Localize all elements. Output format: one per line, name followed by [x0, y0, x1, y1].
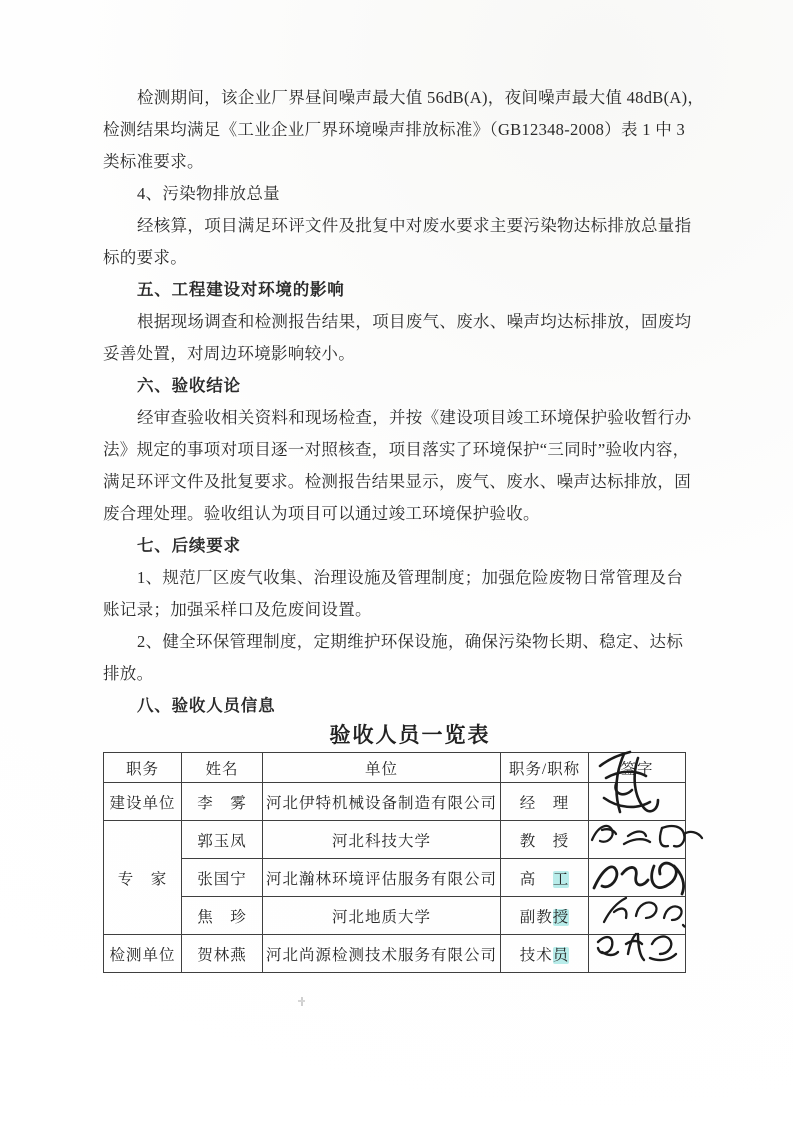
- title-cell: 副教授: [501, 897, 589, 935]
- table-header-row: 职务 姓名 单位 职务/职称 签字: [104, 753, 686, 783]
- name-cell: 郭玉凤: [182, 821, 263, 859]
- section-heading: 七、后续要求: [103, 530, 699, 562]
- table-row: 专 家 郭玉凤 河北科技大学 教 授: [104, 821, 686, 859]
- document-body: 检测期间，该企业厂界昼间噪声最大值 56dB(A)，夜间噪声最大值 48dB(A…: [103, 82, 699, 973]
- body-text-line: 标的要求。: [103, 242, 699, 274]
- personnel-table: 职务 姓名 单位 职务/职称 签字 建设单位 李 雾 河北伊特机械设备制造有限公…: [103, 752, 686, 973]
- role-cell: 建设单位: [104, 783, 182, 821]
- unit-cell: 河北伊特机械设备制造有限公司: [263, 783, 501, 821]
- title-highlighted-text: 授: [553, 909, 570, 926]
- title-cell: 教 授: [501, 821, 589, 859]
- scan-speck: [301, 997, 303, 1006]
- body-text-line: 类标准要求。: [103, 146, 699, 178]
- body-text-line: 2、健全环保管理制度，定期维护环保设施，确保污染物长期、稳定、达标: [103, 626, 699, 658]
- name-cell: 李 雾: [182, 783, 263, 821]
- table-row: 建设单位 李 雾 河北伊特机械设备制造有限公司 经 理: [104, 783, 686, 821]
- table-row: 焦 珍 河北地质大学 副教授: [104, 897, 686, 935]
- role-cell: 检测单位: [104, 935, 182, 973]
- title-cell: 高 工: [501, 859, 589, 897]
- body-text-line: 排放。: [103, 658, 699, 690]
- body-text-line: 经核算，项目满足环评文件及批复中对废水要求主要污染物达标排放总量指: [103, 210, 699, 242]
- title-text: 副教: [520, 909, 553, 926]
- unit-cell: 河北尚源检测技术服务有限公司: [263, 935, 501, 973]
- name-cell: 张国宁: [182, 859, 263, 897]
- body-text-line: 1、规范厂区废气收集、治理设施及管理制度；加强危险废物日常管理及台: [103, 562, 699, 594]
- title-cell: 经 理: [501, 783, 589, 821]
- name-cell: 贺林燕: [182, 935, 263, 973]
- title-text: 高: [520, 871, 553, 888]
- header-unit: 单位: [263, 753, 501, 783]
- body-text-line: 检测期间，该企业厂界昼间噪声最大值 56dB(A)，夜间噪声最大值 48dB(A…: [103, 82, 699, 114]
- title-text: 技术: [520, 947, 553, 964]
- table-row: 检测单位 贺林燕 河北尚源检测技术服务有限公司 技术员: [104, 935, 686, 973]
- signature-cell: [589, 859, 686, 897]
- name-cell: 焦 珍: [182, 897, 263, 935]
- subsection-heading: 4、污染物排放总量: [103, 178, 699, 210]
- table-row: 张国宁 河北瀚林环境评估服务有限公司 高 工: [104, 859, 686, 897]
- header-sign: 签字: [589, 753, 686, 783]
- title-text: 教 授: [520, 833, 570, 850]
- body-text-line: 账记录；加强采样口及危废间设置。: [103, 594, 699, 626]
- body-text-line: 根据现场调查和检测报告结果，项目废气、废水、噪声均达标排放，固废均: [103, 306, 699, 338]
- header-role: 职务: [104, 753, 182, 783]
- body-text-line: 废合理处理。验收组认为项目可以通过竣工环境保护验收。: [103, 498, 699, 530]
- scan-speck: [298, 1000, 305, 1002]
- title-highlighted-text: 工: [553, 871, 570, 888]
- section-heading: 五、工程建设对环境的影响: [103, 274, 699, 306]
- signature-cell: [589, 935, 686, 973]
- unit-cell: 河北地质大学: [263, 897, 501, 935]
- signature-cell: [589, 821, 686, 859]
- body-text-line: 经审查验收相关资料和现场检查，并按《建设项目竣工环境保护验收暂行办: [103, 402, 699, 434]
- title-text: 经 理: [520, 795, 570, 812]
- title-highlighted-text: 员: [553, 947, 570, 964]
- header-title: 职务/职称: [501, 753, 589, 783]
- signature-cell: [589, 783, 686, 821]
- header-name: 姓名: [182, 753, 263, 783]
- body-text-line: 法》规定的事项对项目逐一对照核查，项目落实了环境保护“三同时”验收内容，: [103, 434, 699, 466]
- unit-cell: 河北瀚林环境评估服务有限公司: [263, 859, 501, 897]
- body-text-line: 检测结果均满足《工业企业厂界环境噪声排放标准》（GB12348-2008）表 1…: [103, 114, 699, 146]
- body-text-line: 妥善处置，对周边环境影响较小。: [103, 338, 699, 370]
- unit-cell: 河北科技大学: [263, 821, 501, 859]
- section-heading: 六、验收结论: [103, 370, 699, 402]
- section-heading: 八、验收人员信息: [103, 690, 699, 722]
- signature-cell: [589, 897, 686, 935]
- body-text-line: 满足环评文件及批复要求。检测报告结果显示，废气、废水、噪声达标排放，固: [103, 466, 699, 498]
- scanned-document-page: { "doc": { "lines": [ "检测期间，该企业厂界昼间噪声最大值…: [0, 0, 793, 1121]
- role-cell-expert: 专 家: [104, 821, 182, 935]
- table-title: 验收人员一览表: [103, 724, 685, 748]
- title-cell: 技术员: [501, 935, 589, 973]
